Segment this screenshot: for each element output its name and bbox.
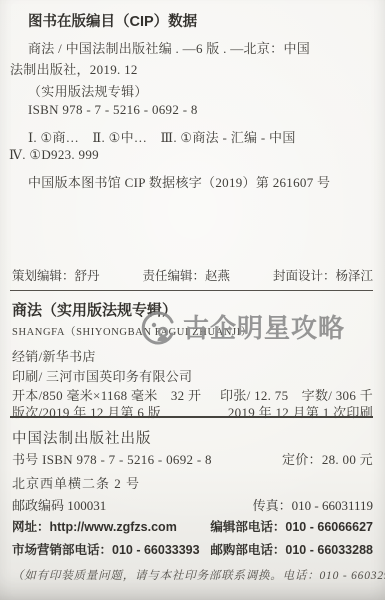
bookno-row: 书号 ISBN 978 - 7 - 5216 - 0692 - 8 定价：28.… <box>12 449 373 468</box>
book-number: 书号 ISBN 978 - 7 - 5216 - 0692 - 8 <box>12 449 212 468</box>
copyright-page: 图书在版编目（CIP）数据 商法 / 中国法制出版社编 . —6 版 . —北京… <box>0 0 385 600</box>
cip-isbn: ISBN 978 - 7 - 5216 - 0692 - 8 <box>28 102 198 118</box>
cip-class-line1: Ⅰ. ①商… Ⅱ. ①中… Ⅲ. ①商法 - 汇编 - 中国 <box>28 127 296 146</box>
price: 定价：28. 00 元 <box>282 449 373 468</box>
planning-editor: 策划编辑：舒丹 <box>12 266 100 284</box>
website-editorial-row: 网址：http://www.zgfzs.com 编辑部电话：010 - 6606… <box>12 517 373 535</box>
cip-line1: 商法 / 中国法制出版社编 . —6 版 . —北京：中国 <box>28 38 310 57</box>
watermark-text: 古企明星攻略 <box>183 315 345 341</box>
divider-top <box>10 290 373 291</box>
cip-series-note: （实用版法规专辑） <box>28 81 148 100</box>
cip-registry: 中国版本图书馆 CIP 数据核字（2019）第 261607 号 <box>28 172 330 191</box>
postcode: 邮政编码 100031 <box>12 495 106 514</box>
mail-order-phone: 邮购部电话：010 - 66033288 <box>210 540 373 558</box>
divider-bottom <box>10 416 373 418</box>
cover-designer: 封面设计：杨泽江 <box>273 266 373 284</box>
editorial-phone: 编辑部电话：010 - 66066627 <box>210 517 373 535</box>
watermark: 古企明星攻略 <box>141 310 345 346</box>
address: 北京西单横二条 2 号 <box>12 473 140 492</box>
impression: 2019 年 12 月第 1 次印刷 <box>228 402 373 421</box>
marketing-phone: 市场营销部电话：010 - 66033393 <box>12 540 200 558</box>
cip-line2: 法制出版社，2019. 12 <box>10 59 138 78</box>
fax: 传真：010 - 66031119 <box>253 495 373 514</box>
marketing-mailorder-row: 市场营销部电话：010 - 66033393 邮购部电话：010 - 66033… <box>12 540 373 558</box>
cip-class-line2: Ⅳ. ①D923. 999 <box>9 147 99 163</box>
responsible-editor: 责任编辑：赵燕 <box>142 266 230 284</box>
edition: 版次/2019 年 12 月第 6 版 <box>12 402 161 421</box>
editors-row: 策划编辑：舒丹 责任编辑：赵燕 封面设计：杨泽江 <box>12 266 373 284</box>
edition-row: 版次/2019 年 12 月第 6 版 2019 年 12 月第 1 次印刷 <box>12 402 373 421</box>
cip-heading: 图书在版编目（CIP）数据 <box>28 10 197 31</box>
postcode-fax-row: 邮政编码 100031 传真：010 - 66031119 <box>12 495 373 514</box>
printer: 印刷/ 三河市国英印务有限公司 <box>12 366 192 385</box>
website: 网址：http://www.zgfzs.com <box>12 517 177 535</box>
quality-note: （如有印装质量问题，请与本社印务部联系调换。电话：010 - 66032926） <box>12 567 385 583</box>
publisher: 中国法制出版社出版 <box>12 427 152 448</box>
penguin-circle-logo-icon <box>141 310 177 346</box>
distribution: 经销/新华书店 <box>12 346 96 365</box>
